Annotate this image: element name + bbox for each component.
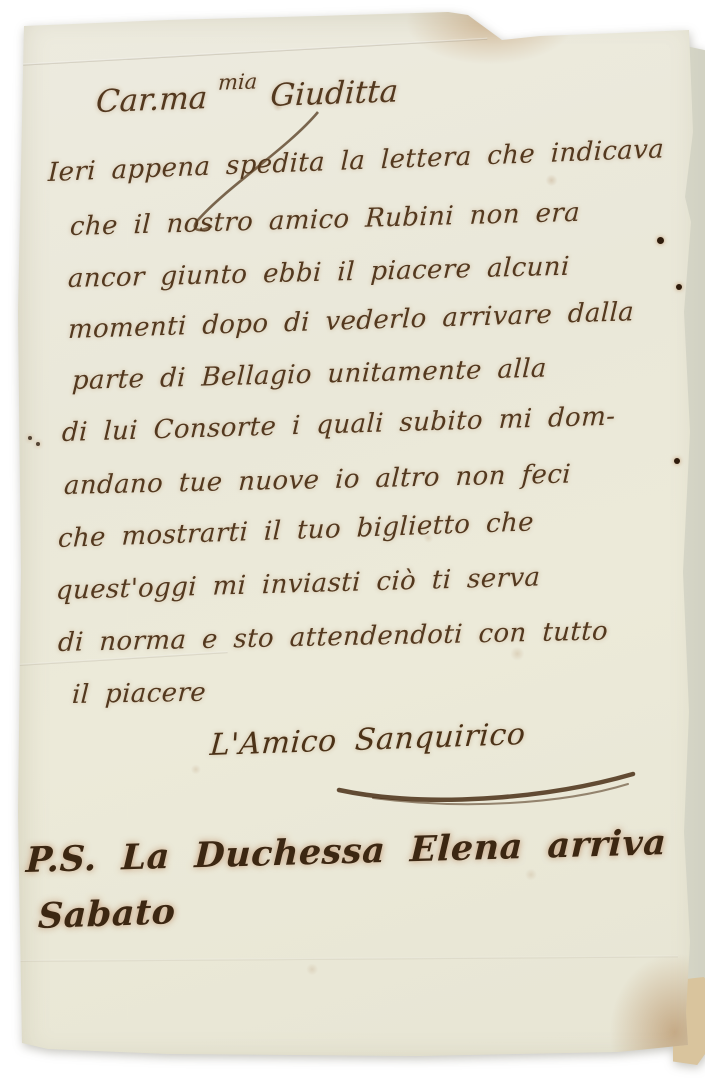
ink-spot: [28, 436, 32, 440]
body-line: momenti dopo di vederlo arrivare dalla: [67, 297, 634, 345]
body-line: parte di Bellagio unitamente alla: [71, 354, 547, 396]
signature: L'Amico Sanquirico: [209, 717, 527, 763]
ink-spot: [36, 442, 40, 446]
body-line: di norma e sto attendendoti con tutto: [57, 616, 609, 658]
postscript-line-2: Sabato: [37, 891, 176, 937]
ink-spot: [657, 237, 664, 244]
body-line: di lui Consorte i quali subito mi dom-: [61, 402, 616, 448]
salutation-superscript: mia: [217, 69, 257, 94]
ink-spot: [676, 284, 682, 290]
salutation-recipient: Giuditta: [269, 73, 399, 114]
body-line: che il nostro amico Rubini non era: [69, 198, 580, 242]
letter-scan: Car.mamiaGiuditta Ieri appena spedita la…: [0, 0, 705, 1080]
ink-spot: [674, 458, 680, 464]
body-line: che mostrarti il tuo biglietto che: [57, 507, 534, 554]
fold-crease-bottom: [18, 955, 678, 962]
salutation: Car.mamiaGiuditta: [95, 73, 399, 120]
body-line: quest'oggi mi inviasti ciò ti serva: [55, 562, 541, 606]
body-line: ancor giunto ebbi il piacere alcuni: [67, 252, 570, 294]
body-line: Ieri appena spedita la lettera che indic…: [48, 134, 665, 188]
paper-sheet-wrapper: Car.mamiaGiuditta Ieri appena spedita la…: [18, 12, 702, 1064]
postscript-line-1: P.S. La Duchessa Elena arriva :: [25, 821, 705, 881]
body-line: il piacere: [71, 678, 207, 710]
fold-crease-top: [18, 38, 487, 66]
signature-flourish: [333, 764, 643, 810]
body-line: andano tue nuove io altro non feci: [63, 459, 571, 501]
salutation-abbrev: Car.ma: [95, 80, 208, 120]
paper-sheet: Car.mamiaGiuditta Ieri appena spedita la…: [18, 12, 702, 1064]
